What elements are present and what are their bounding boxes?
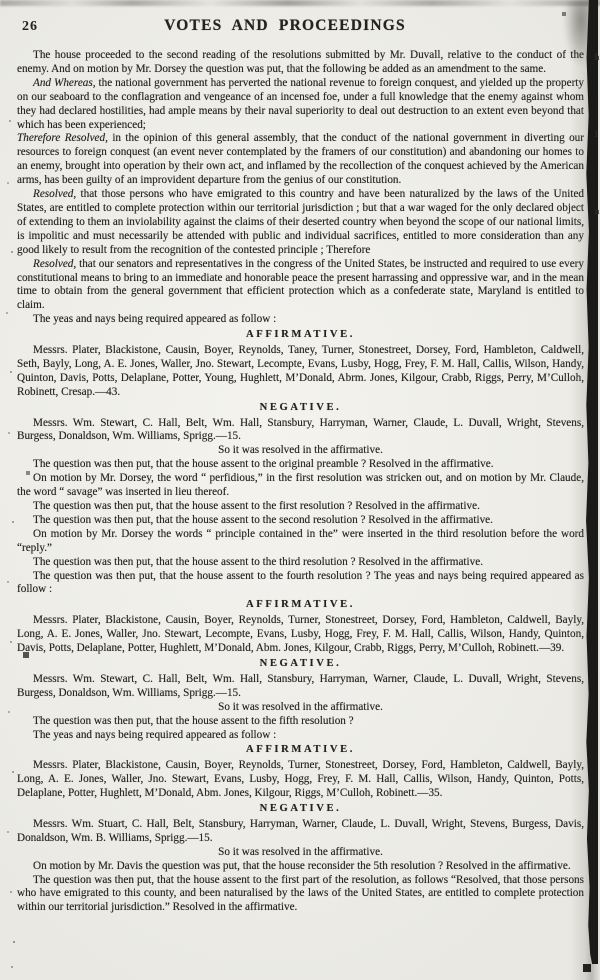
paragraph: The question was then put, that the hous… [17, 874, 584, 916]
paragraph: The question was then put, that the hous… [17, 570, 584, 598]
paragraph-text: the national government has perverted th… [17, 77, 584, 131]
paragraph: The yeas and nays being required appeare… [17, 313, 584, 327]
centered-line: So it was resolved in the affirmative. [17, 444, 584, 458]
vote-section-heading: NEGATIVE. [17, 657, 584, 671]
scan-top-smudge [0, 0, 600, 6]
paragraph-text: that our senators and representatives in… [17, 258, 584, 312]
paragraph: The question was then put, that the hous… [17, 500, 584, 514]
vote-section-heading: AFFIRMATIVE. [17, 598, 584, 612]
edge-fragment: n [595, 207, 600, 216]
italic-lead: Resolved, [33, 188, 76, 200]
edge-fragment: h [595, 53, 600, 62]
paragraph: On motion by Mr. Davis the question was … [17, 860, 584, 874]
vote-names-paragraph: Messrs. Wm. Stewart, C. Hall, Belt, Wm. … [17, 673, 584, 701]
scan-specks [0, 0, 2, 2]
paragraph: On motion by Mr. Dorsey, the word “ perf… [17, 472, 584, 500]
vote-names-paragraph: Messrs. Plater, Blackistone, Causin, Boy… [17, 344, 584, 400]
paragraph-text: that those persons who have emigrated to… [17, 188, 584, 256]
page-title: VOTES AND PROCEEDINGS [0, 17, 570, 35]
paragraph: The question was then put, that the hous… [17, 715, 584, 729]
vote-section-heading: NEGATIVE. [17, 802, 584, 816]
paragraph: The question was then put, that the hous… [17, 514, 584, 528]
italic-lead: Therefore Resolved, [17, 132, 108, 144]
paragraph: The question was then put, that the hous… [17, 458, 584, 472]
centered-line: So it was resolved in the affirmative. [17, 846, 584, 860]
vote-section-heading: NEGATIVE. [17, 401, 584, 415]
paragraph: The yeas and nays being required appeare… [17, 729, 584, 743]
paragraph: Resolved, that those persons who have em… [17, 188, 584, 258]
document-blocks: The house proceeded to the second readin… [17, 49, 584, 915]
paragraph: The house proceeded to the second readin… [17, 49, 584, 77]
vote-section-heading: AFFIRMATIVE. [17, 328, 584, 342]
italic-lead: And Whereas, [33, 77, 96, 89]
vote-names-paragraph: Messrs. Plater, Blackistone, Causin, Boy… [17, 759, 584, 801]
paragraph: And Whereas, the national government has… [17, 77, 584, 133]
vote-names-paragraph: Messrs. Wm. Stuart, C. Hall, Belt, Stans… [17, 818, 584, 846]
scanned-page: 26 VOTES AND PROCEEDINGS The house proce… [0, 0, 600, 980]
paragraph: On motion by Mr. Dorsey the words “ prin… [17, 528, 584, 556]
vote-names-paragraph: Messrs. Plater, Blackistone, Causin, Boy… [17, 614, 584, 656]
paragraph: The question was then put, that the hous… [17, 556, 584, 570]
italic-lead: Resolved, [33, 258, 76, 270]
paragraph: Resolved, that our senators and represen… [17, 258, 584, 314]
vote-names-paragraph: Messrs. Wm. Stewart, C. Hall, Belt, Wm. … [17, 417, 584, 445]
book-gutter-shadow [585, 0, 598, 964]
vote-section-heading: AFFIRMATIVE. [17, 743, 584, 757]
edge-fragment: l [595, 130, 600, 139]
paragraph: Therefore Resolved, in the opinion of th… [17, 132, 584, 188]
centered-line: So it was resolved in the affirmative. [17, 701, 584, 715]
